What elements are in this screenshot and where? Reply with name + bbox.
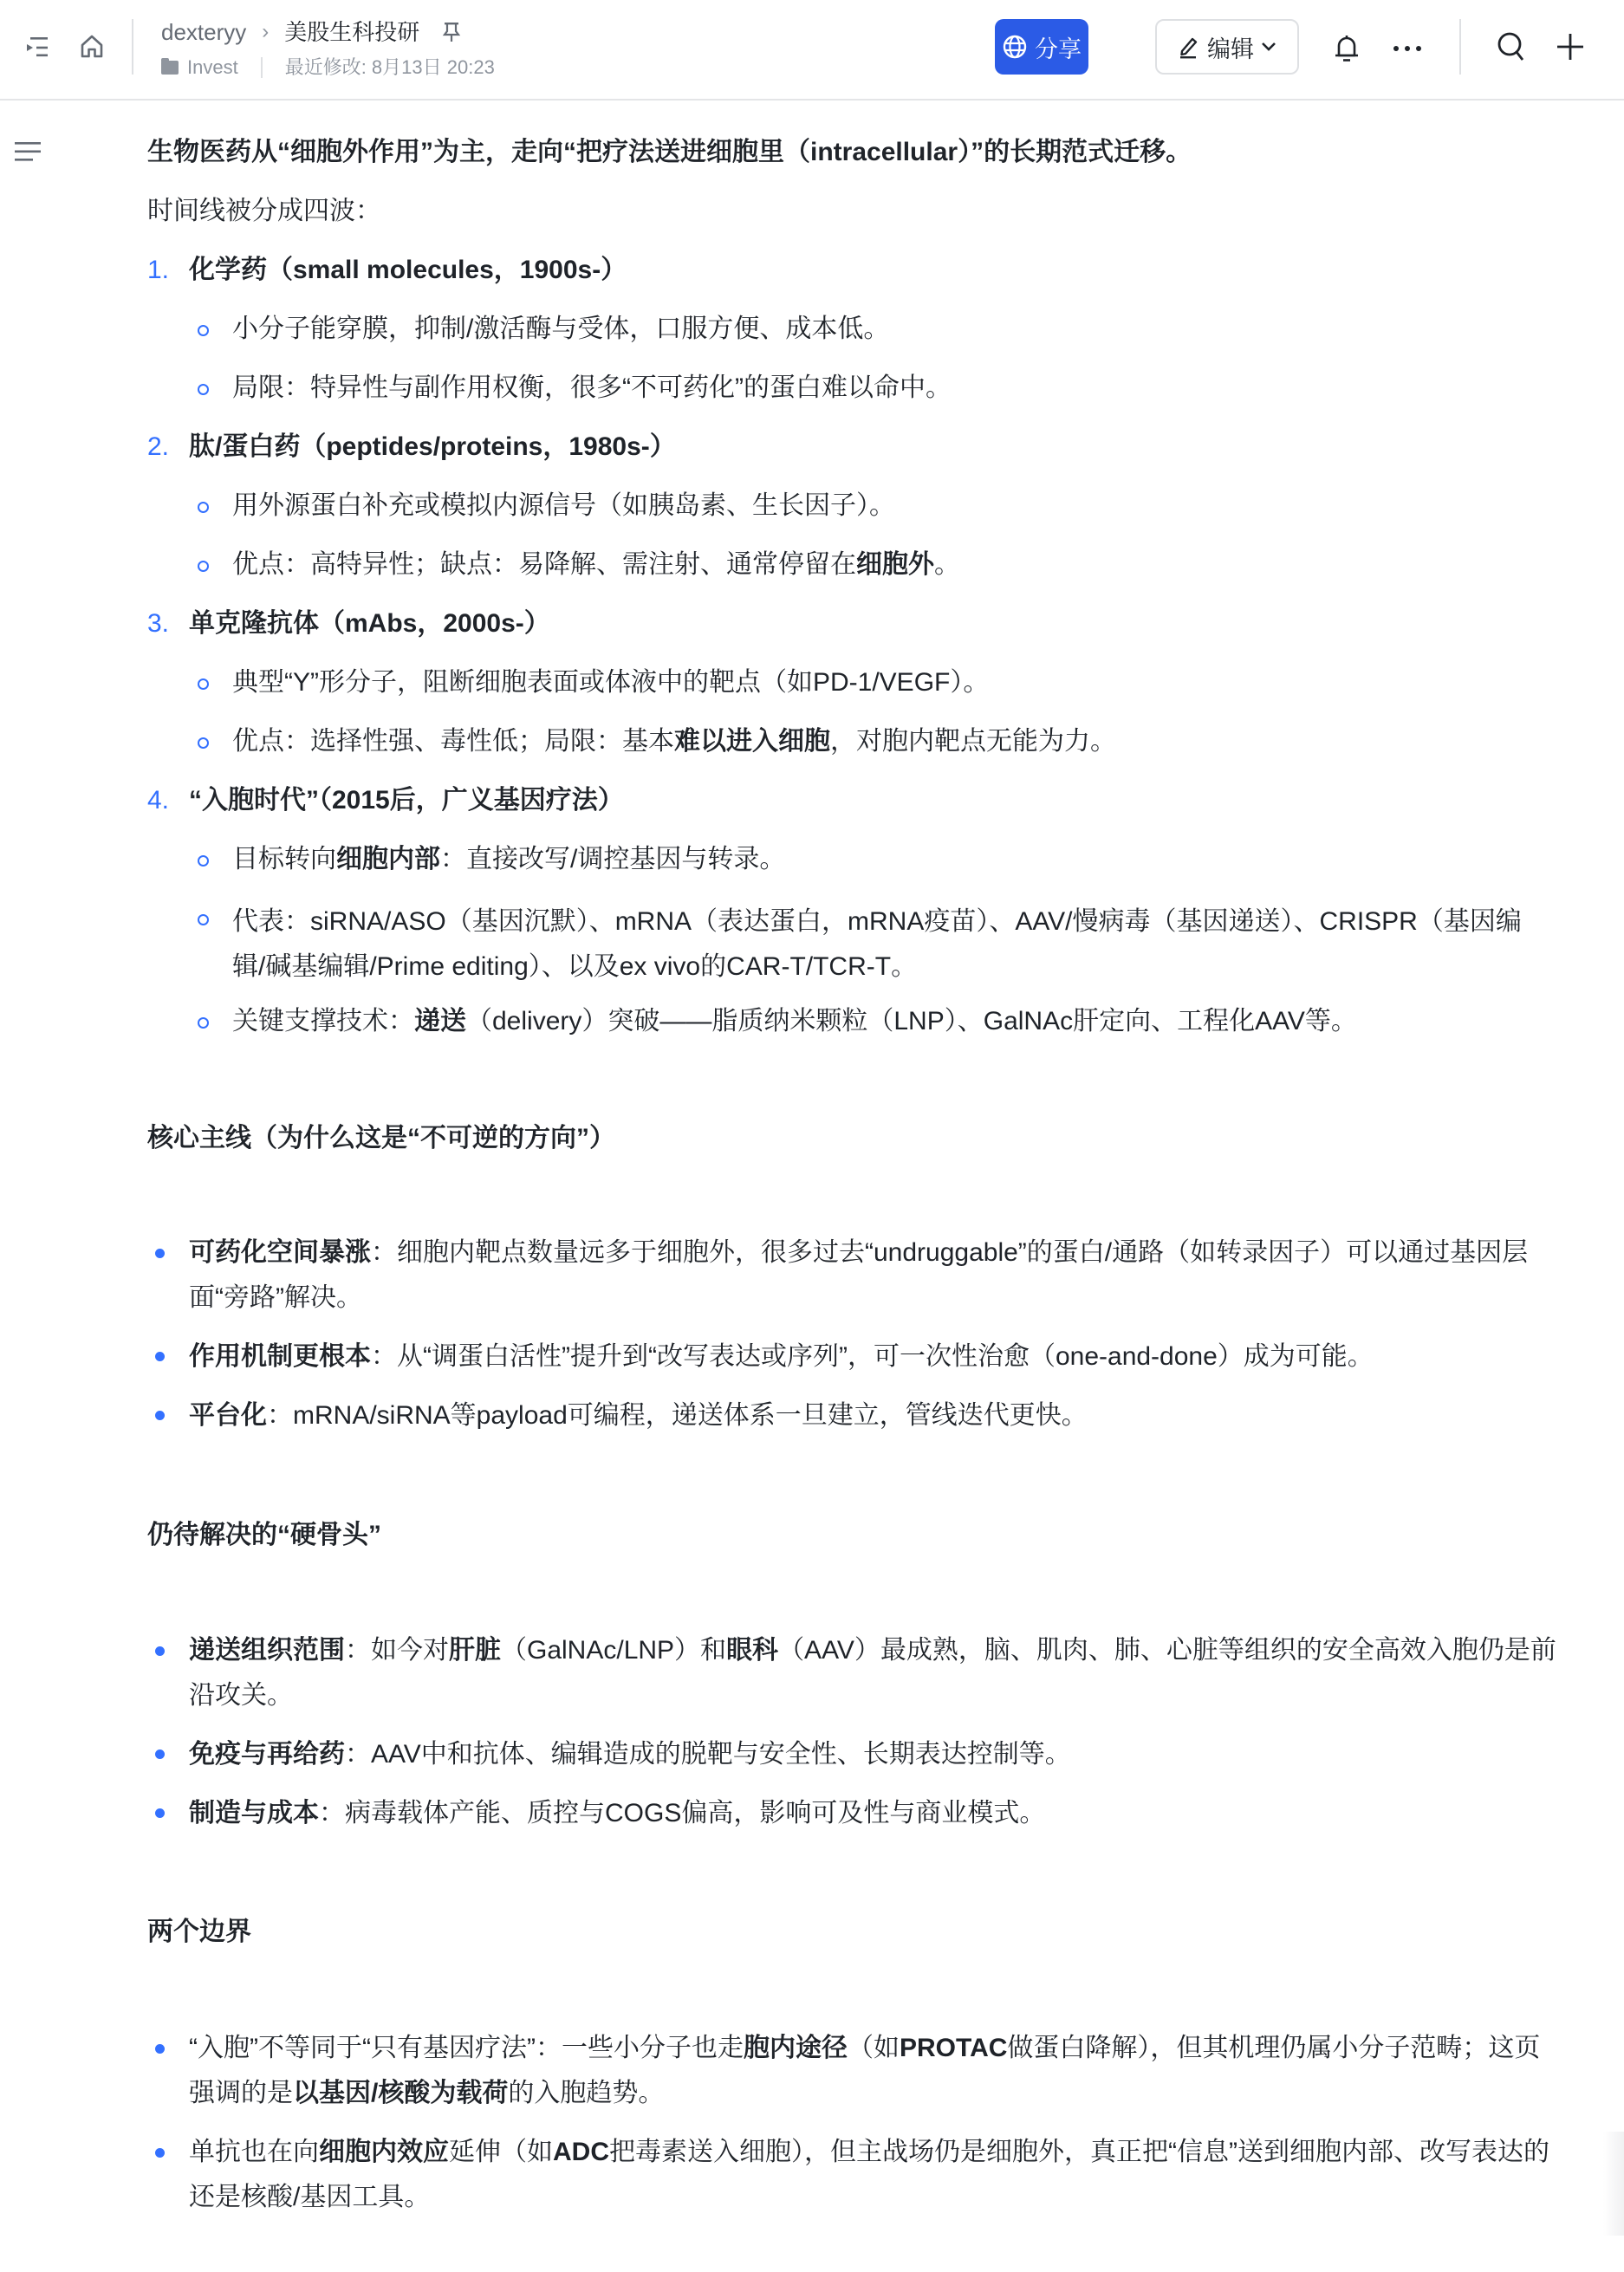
text-run: （delivery）突破——脂质纳米颗粒（LNP）、GalNAc肝定向、工程化A…: [466, 1007, 1357, 1035]
bullet-item: 递送组织范围：如今对肝脏（GalNAc/LNP）和眼科（AAV）最成熟，脑、肌肉…: [189, 1628, 1558, 1718]
home-icon[interactable]: [75, 29, 109, 64]
bullet-icon: [155, 1646, 165, 1656]
text-run: 局限：特异性与副作用权衡，很多“不可药化”的蛋白难以命中。: [232, 373, 952, 402]
list-number: 4.: [147, 782, 169, 820]
hollow-bullet-icon: [198, 914, 209, 925]
section-heading: 两个边界: [147, 1913, 251, 1951]
bold-text: 免疫与再给药: [189, 1740, 345, 1769]
text-run: 的入胞趋势。: [508, 2079, 664, 2107]
bullet-icon: [155, 1411, 165, 1420]
bullet-item: 作用机制更根本：从“调蛋白活性”提升到“改写表达或序列”，可一次性治愈（one-…: [189, 1334, 1558, 1379]
bold-text: 肝脏: [449, 1636, 501, 1665]
doc-title[interactable]: 美股生科投研: [284, 17, 419, 47]
text-run: 小分子能穿膜，抑制/激活酶与受体，口服方便、成本低。: [232, 315, 889, 343]
text-run: 延伸（如: [449, 2138, 553, 2166]
more-icon[interactable]: [1388, 31, 1426, 66]
wave-title: 肽/蛋白药（peptides/proteins，1980s-）: [189, 428, 676, 466]
globe-icon: [1002, 34, 1028, 60]
hollow-bullet-icon: [198, 678, 209, 690]
bullet-item: 制造与成本：病毒载体产能、质控与COGS偏高，影响可及性与商业模式。: [189, 1791, 1558, 1836]
bold-text: 眼科: [726, 1636, 778, 1665]
text-run: 代表：siRNA/ASO（基因沉默）、mRNA（表达蛋白，mRNA疫苗）、AAV…: [232, 907, 1522, 981]
bullet-item: “入胞”不等同于“只有基因疗法”：一些小分子也走胞内途径（如PROTAC做蛋白降…: [189, 2026, 1558, 2116]
sub-list-item: 关键支撑技术：递送（delivery）突破——脂质纳米颗粒（LNP）、GalNA…: [232, 1003, 1549, 1041]
text-run: “入胞”不等同于“只有基因疗法”：一些小分子也走: [189, 2034, 744, 2062]
text-run: 优点：高特异性；缺点：易降解、需注射、通常停留在: [232, 550, 856, 579]
bullet-item: 可药化空间暴涨：细胞内靶点数量远多于细胞外，很多过去“undruggable”的…: [189, 1230, 1558, 1321]
bold-text: 作用机制更根本: [189, 1342, 371, 1371]
header-divider: [132, 19, 133, 75]
sub-list-item: 小分子能穿膜，抑制/激活酶与受体，口服方便、成本低。: [232, 310, 1549, 348]
text-run: 优点：选择性强、毒性低；局限：基本: [232, 727, 674, 756]
bold-text: 细胞内部: [336, 845, 440, 873]
scrollbar-edge[interactable]: [1603, 2132, 1624, 2236]
sub-list-item: 用外源蛋白补充或模拟内源信号（如胰岛素、生长因子）。: [232, 487, 1549, 525]
breadcrumb-separator: ›: [262, 17, 269, 47]
text-run: ：直接改写/调控基因与转录。: [440, 845, 785, 873]
breadcrumb-user[interactable]: dexteryy: [161, 17, 246, 47]
list-number: 1.: [147, 251, 169, 289]
hollow-bullet-icon: [198, 325, 209, 336]
hollow-bullet-icon: [198, 737, 209, 749]
hollow-bullet-icon: [198, 855, 209, 867]
share-button[interactable]: 分享: [995, 19, 1088, 75]
sub-list-item: 代表：siRNA/ASO（基因沉默）、mRNA（表达蛋白，mRNA疫苗）、AAV…: [232, 899, 1532, 990]
bullet-icon: [155, 1352, 165, 1361]
text-run: 。: [934, 550, 960, 579]
last-modified: 最近修改: 8月13日 20:23: [285, 55, 495, 80]
plus-icon[interactable]: [1551, 28, 1589, 66]
text-run: ：mRNA/siRNA等payload可编程，递送体系一旦建立，管线迭代更快。: [267, 1401, 1088, 1430]
hollow-bullet-icon: [198, 1017, 209, 1029]
text-run: ：病毒载体产能、质控与COGS偏高，影响可及性与商业模式。: [319, 1799, 1045, 1827]
text-run: ：如今对: [345, 1636, 449, 1665]
bell-icon[interactable]: [1328, 29, 1366, 68]
intro-statement: 生物医药从“细胞外作用”为主，走向“把疗法送进细胞里（intracellular…: [147, 133, 1192, 172]
bold-text: 可药化空间暴涨: [189, 1238, 371, 1267]
breadcrumb: dexteryy › 美股生科投研: [161, 17, 461, 47]
search-icon[interactable]: [1492, 28, 1530, 66]
bold-text: 胞内途径: [744, 2034, 848, 2062]
bullet-icon: [155, 1749, 165, 1759]
top-bar: dexteryy › 美股生科投研 Invest 最近修改: 8月13日 20:…: [0, 0, 1624, 101]
wave-title: “入胞时代”（2015后，广义基因疗法）: [189, 782, 624, 820]
text-run: 用外源蛋白补充或模拟内源信号（如胰岛素、生长因子）。: [232, 491, 895, 520]
bullet-icon: [155, 1249, 165, 1258]
bold-text: 递送: [414, 1007, 466, 1035]
list-number: 2.: [147, 428, 169, 466]
chevron-down-icon: [1261, 42, 1276, 52]
sub-list-item: 典型“Y”形分子，阻断细胞表面或体液中的靶点（如PD-1/VEGF）。: [232, 664, 1549, 702]
bold-text: 细胞外: [856, 550, 934, 579]
pin-icon[interactable]: [442, 21, 461, 43]
bold-text: PROTAC: [900, 2034, 1007, 2062]
bold-text: 难以进入细胞: [674, 727, 830, 756]
wave-title: 单克隆抗体（mAbs，2000s-）: [189, 605, 550, 643]
text-run: （GalNAc/LNP）和: [501, 1636, 726, 1665]
list-number: 3.: [147, 605, 169, 643]
sub-list-item: 优点：选择性强、毒性低；局限：基本难以进入细胞，对胞内靶点无能为力。: [232, 723, 1549, 761]
header-divider-right: [1459, 19, 1461, 75]
bold-text: 平台化: [189, 1401, 267, 1430]
bullet-icon: [155, 1808, 165, 1818]
text-run: ：AAV中和抗体、编辑造成的脱靶与安全性、长期表达控制等。: [345, 1740, 1071, 1769]
bold-text: 以基因/核酸为载荷: [293, 2079, 508, 2107]
text-run: （如: [848, 2034, 900, 2062]
bullet-icon: [155, 2044, 165, 2054]
text-run: 典型“Y”形分子，阻断细胞表面或体液中的靶点（如PD-1/VEGF）。: [232, 668, 989, 697]
text-run: ：从“调蛋白活性”提升到“改写表达或序列”，可一次性治愈（one-and-don…: [371, 1342, 1374, 1371]
bold-text: ADC: [553, 2138, 609, 2166]
meta-divider: [261, 57, 263, 78]
section-heading: 核心主线（为什么这是“不可逆的方向”）: [147, 1120, 615, 1158]
bullet-item: 免疫与再给药：AAV中和抗体、编辑造成的脱靶与安全性、长期表达控制等。: [189, 1732, 1558, 1777]
bold-text: 制造与成本: [189, 1799, 319, 1827]
sub-list-item: 优点：高特异性；缺点：易降解、需注射、通常停留在细胞外。: [232, 546, 1549, 584]
hollow-bullet-icon: [198, 502, 209, 513]
sub-list-item: 目标转向细胞内部：直接改写/调控基因与转录。: [232, 841, 1549, 879]
wave-title: 化学药（small molecules，1900s-）: [189, 251, 627, 289]
hollow-bullet-icon: [198, 561, 209, 572]
timeline-intro: 时间线被分成四波：: [147, 192, 381, 230]
share-label: 分享: [1035, 30, 1082, 64]
text-run: 关键支撑技术：: [232, 1007, 414, 1035]
hollow-bullet-icon: [198, 384, 209, 395]
section-heading: 仍待解决的“硬骨头”: [147, 1516, 381, 1555]
folder-label[interactable]: Invest: [187, 55, 238, 80]
bullet-icon: [155, 2148, 165, 2158]
bullet-item: 平台化：mRNA/siRNA等payload可编程，递送体系一旦建立，管线迭代更…: [189, 1393, 1558, 1438]
folder-icon: [161, 61, 179, 75]
bold-text: 细胞内效应: [319, 2138, 449, 2166]
expand-sidebar-icon[interactable]: [23, 31, 54, 62]
bullet-item: 单抗也在向细胞内效应延伸（如ADC把毒素送入细胞），但主战场仍是细胞外，真正把“…: [189, 2130, 1558, 2220]
text-run: ，对胞内靶点无能为力。: [830, 727, 1116, 756]
text-run: 目标转向: [232, 845, 336, 873]
edit-mode-button[interactable]: 编辑: [1155, 19, 1299, 75]
edit-label: 编辑: [1207, 30, 1254, 64]
outline-toggle-icon[interactable]: [14, 140, 42, 167]
bold-text: 递送组织范围: [189, 1636, 345, 1665]
pencil-icon: [1178, 35, 1200, 59]
doc-meta: Invest 最近修改: 8月13日 20:23: [161, 55, 495, 80]
text-run: ：细胞内靶点数量远多于细胞外，很多过去“undruggable”的蛋白/通路（如…: [189, 1238, 1528, 1312]
sub-list-item: 局限：特异性与副作用权衡，很多“不可药化”的蛋白难以命中。: [232, 369, 1549, 407]
text-run: 单抗也在向: [189, 2138, 319, 2166]
